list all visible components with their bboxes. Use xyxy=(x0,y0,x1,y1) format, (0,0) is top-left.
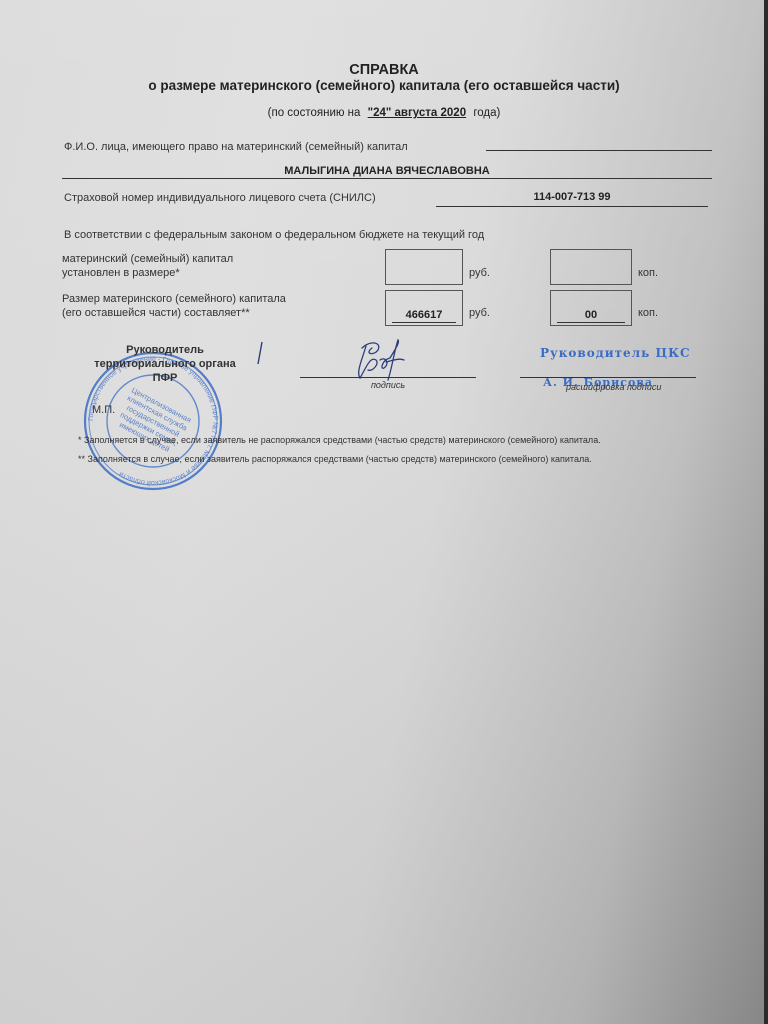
fio-label-underline xyxy=(486,150,712,151)
as-of-date-line: (по состоянию на "24" августа 2020 года) xyxy=(0,107,768,119)
signature-caption: подпись xyxy=(300,380,476,390)
law-text: В соответствии с федеральным законом о ф… xyxy=(64,229,484,241)
established-rub-unit: руб. xyxy=(469,267,490,279)
remaining-kop-value: 00 xyxy=(551,309,631,321)
footnote-1: * Заполняется в случае, если заявитель н… xyxy=(78,435,601,445)
fio-label: Ф.И.О. лица, имеющего право на материнск… xyxy=(64,141,408,153)
document-title: СПРАВКА xyxy=(0,62,768,78)
remaining-kop-underline xyxy=(557,322,625,323)
handwritten-signature-icon xyxy=(342,338,422,382)
pen-mark-icon xyxy=(254,340,266,366)
established-label-2: установлен в размере* xyxy=(62,267,180,279)
document-subtitle: о размере материнского (семейного) капит… xyxy=(0,78,768,93)
remaining-kop-unit: коп. xyxy=(638,307,658,319)
as-of-date: "24" августа 2020 xyxy=(368,107,466,119)
remaining-label-2: (его оставшейся части) составляет** xyxy=(62,307,250,319)
signatory-line-1: Руководитель xyxy=(70,344,260,356)
remaining-rub-unit: руб. xyxy=(469,307,490,319)
signatory-line-3: ПФР xyxy=(70,372,260,384)
established-rub-box xyxy=(385,249,463,285)
paper-shading xyxy=(0,0,768,1024)
remaining-rub-value: 466617 xyxy=(386,309,462,321)
seal-inner-text: Централизованнаяклиентская службагосудар… xyxy=(113,386,194,457)
snils-label: Страховой номер индивидуального лицевого… xyxy=(64,192,376,204)
footnote-2: ** Заполняется в случае, если заявитель … xyxy=(78,454,592,464)
snils-underline xyxy=(436,206,708,207)
fio-underline xyxy=(62,178,712,179)
stamp-title: Руководитель ЦКС xyxy=(540,346,691,360)
remaining-kop-box: 00 xyxy=(550,290,632,326)
fio-value: МАЛЫГИНА ДИАНА ВЯЧЕСЛАВОВНА xyxy=(62,165,712,177)
page-edge xyxy=(764,0,768,1024)
remaining-label-1: Размер материнского (семейного) капитала xyxy=(62,293,286,305)
signatory-line-2: территориального органа xyxy=(70,358,260,370)
remaining-rub-box: 466617 xyxy=(385,290,463,326)
established-label-1: материнский (семейный) капитал xyxy=(62,253,233,265)
decode-caption: расшифровка подписи xyxy=(566,382,661,392)
as-of-suffix: года) xyxy=(473,107,500,119)
established-kop-unit: коп. xyxy=(638,267,658,279)
snils-value: 114-007-713 99 xyxy=(436,191,708,203)
signature-line xyxy=(300,377,476,378)
established-kop-box xyxy=(550,249,632,285)
remaining-rub-underline xyxy=(392,322,456,323)
as-of-prefix: (по состоянию на xyxy=(268,107,361,119)
stamp-place-mp: М.П. xyxy=(92,404,115,416)
